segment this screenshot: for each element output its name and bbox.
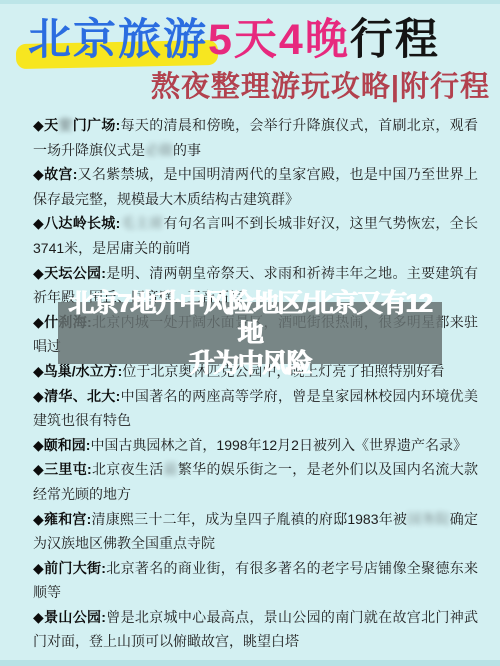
censored-text: 安 [58, 117, 72, 133]
censored-text: 毛主席 [120, 215, 163, 231]
censored-text: 必做 [145, 142, 173, 158]
page-title: 北京旅游5天4晚行程 [28, 6, 488, 67]
attraction-item: ◆前门大街:北京著名的商业街，有很多著名的老字号店铺像全聚德东来顺等 [33, 556, 478, 605]
title-duration: 5天4晚 [208, 16, 350, 64]
attraction-item: ◆景山公园:曾是北京城中心最高点，景山公园的南门就在故宫北门神武门对面，登上山顶… [33, 605, 478, 654]
attraction-name: ◆颐和园: [33, 437, 90, 453]
attraction-item: ◆雍和宫:清康熙三十二年，成为皇四子胤禛的府邸1983年被国务院确定为汉族地区佛… [33, 507, 478, 556]
attraction-name: 门广场: [73, 117, 121, 133]
attraction-name: ◆前门大街: [33, 560, 106, 576]
attraction-name: ◆八达岭长城: [33, 215, 120, 231]
attraction-name: ◆天 [33, 117, 58, 133]
attraction-name: ◆三里屯: [33, 461, 92, 477]
attraction-name: ◆雍和宫: [33, 511, 91, 527]
risk-notice-line2: 升为中风险 [189, 348, 312, 378]
attraction-name: ◆清华、北大: [33, 388, 120, 404]
attraction-desc: 北京夜生活 [92, 461, 164, 477]
attraction-desc: 中国古典园林之首，1998年12月2日被列入《世界遗产名录》 [90, 437, 467, 453]
risk-notice-overlay: 北京7地升中风险地区/北京又有12地 升为中风险 [58, 302, 442, 364]
attraction-item: ◆八达岭长城:毛主席有句名言叫不到长城非好汉，这里气势恢宏，全长3741米，是居… [33, 211, 478, 260]
attraction-item: ◆故宫:又名紫禁城，是中国明清两代的皇家宫殿，也是中国乃至世界上保存最完整，规模… [33, 162, 478, 211]
attraction-desc: 又名紫禁城，是中国明清两代的皇家宫殿，也是中国乃至世界上保存最完整，规模最大木质… [33, 166, 478, 207]
attraction-name: ◆鸟巢/水立方: [33, 363, 122, 379]
attraction-item: ◆三里屯:北京夜生活最繁华的娱乐街之一，是老外们以及国内名流大款经常光顾的地方 [33, 457, 478, 506]
attraction-desc: 清康熙三十二年，成为皇四子胤禛的府邸1983年被 [91, 511, 407, 527]
attraction-desc: 的事 [173, 142, 201, 158]
attractions-list: ◆天安门广场:每天的清晨和傍晚，会举行升降旗仪式，首刷北京，观看一场升降旗仪式是… [33, 113, 478, 654]
poster-header: 北京旅游5天4晚行程 熬夜整理游玩攻略|附行程 [0, 0, 500, 110]
attraction-name: ◆景山公园: [33, 609, 106, 625]
title-itinerary: 行程 [350, 16, 440, 64]
attraction-name: ◆故宫: [33, 166, 77, 182]
attraction-item: ◆清华、北大:中国著名的两座高等学府，曾是皇家园林校园内环境优美建筑也很有特色 [33, 384, 478, 433]
risk-notice-line1: 北京7地升中风险地区/北京又有12地 [58, 288, 442, 348]
title-destination: 北京旅游 [28, 16, 208, 64]
censored-text: 国务院 [407, 511, 450, 527]
censored-text: 最 [164, 461, 178, 477]
attraction-name: ◆天坛公园: [33, 265, 106, 281]
travel-poster: 北京旅游5天4晚行程 熬夜整理游玩攻略|附行程 ◆天安门广场:每天的清晨和傍晚，… [0, 0, 500, 666]
poster-subtitle: 熬夜整理游玩攻略|附行程 [151, 64, 490, 105]
bottom-border-strip [0, 660, 500, 666]
attraction-item: ◆颐和园:中国古典园林之首，1998年12月2日被列入《世界遗产名录》 [33, 433, 478, 458]
attraction-item: ◆天安门广场:每天的清晨和傍晚，会举行升降旗仪式，首刷北京，观看一场升降旗仪式是… [33, 113, 478, 162]
